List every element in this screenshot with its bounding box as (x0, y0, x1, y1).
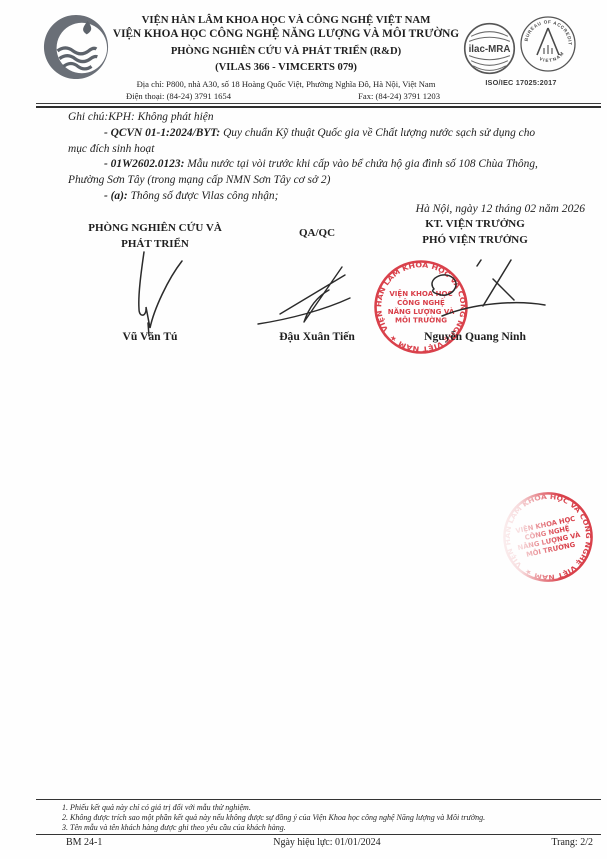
org-name-parent: VIỆN HÀN LÂM KHOA HỌC VÀ CÔNG NGHỆ VIỆT … (104, 14, 468, 27)
header-divider (36, 103, 601, 108)
org-contacts: Điện thoại: (84-24) 3791 1654 Fax: (84-2… (104, 90, 468, 102)
remark-term: - (a): (104, 190, 128, 202)
boa-vietnam-logo-icon: BUREAU OF ACCREDITATION VIETNAM (519, 15, 577, 73)
footer-meta-row: BM 24-1 Ngày hiệu lực: 01/01/2024 Trang:… (36, 837, 601, 848)
form-code: BM 24-1 (36, 837, 102, 848)
partial-red-stamp: VIỆN HÀN LÂM KHOA HỌC VÀ CÔNG NGHỆ VIỆT … (492, 481, 603, 592)
remarks-section: Ghi chú:KPH: Không phát hiện - QCVN 01-1… (68, 110, 550, 205)
signer-title: QA/QC (256, 226, 378, 242)
org-fax: Fax: (84-24) 3791 1203 (358, 91, 440, 102)
org-name: VIỆN KHOA HỌC CÔNG NGHỆ NĂNG LƯỢNG VÀ MÔ… (104, 27, 468, 41)
remark-intro: Ghi chú:KPH: Không phát hiện (68, 110, 550, 126)
remark-term: - QCVN 01-1:2024/BYT: (104, 127, 220, 139)
remark-term: - 01W2602.0123: (104, 158, 184, 170)
page-number: Trang: 2/2 (551, 837, 601, 848)
signer-title: PHÒNG NGHIÊN CỨU VÀ (55, 221, 255, 237)
remark-item: - QCVN 01-1:2024/BYT: Quy chuẩn Kỹ thuật… (68, 126, 550, 158)
signature-nguyen-quang-ninh (414, 253, 550, 331)
footer-note: 3. Tên mẫu và tên khách hàng được ghi th… (62, 823, 597, 833)
svg-text:BUREAU OF ACCREDITATION: BUREAU OF ACCREDITATION (519, 15, 573, 45)
org-address: Địa chỉ: P800, nhà A30, số 18 Hoàng Quốc… (104, 79, 468, 90)
letterhead: VIỆN HÀN LÂM KHOA HỌC VÀ CÔNG NGHỆ VIỆT … (104, 14, 468, 102)
footer-note: 1. Phiếu kết quả này chỉ có giá trị đối … (62, 803, 597, 813)
footer-note: 2. Không được trích sao một phần kết quả… (62, 813, 597, 823)
institute-logo-icon (42, 13, 110, 81)
signature-block-director: KT. VIỆN TRƯỞNG PHÓ VIỆN TRƯỞNG (383, 217, 567, 248)
effective-date: Ngày hiệu lực: 01/01/2024 (273, 837, 380, 848)
org-phone: Điện thoại: (84-24) 3791 1654 (126, 91, 231, 102)
signer-name: Nguyễn Quang Ninh (383, 330, 567, 343)
signature-dau-xuan-tien (252, 262, 374, 332)
boa-top-label: BUREAU OF ACCREDITATION (519, 15, 573, 45)
footer-notes: 1. Phiếu kết quả này chỉ có giá trị đối … (62, 803, 597, 833)
place-date-line: Hà Nội, ngày 12 tháng 02 năm 2026 (416, 202, 585, 215)
footer-divider-bottom (36, 834, 601, 835)
ilac-mra-logo-icon: ilac-MRA (463, 22, 516, 75)
ilac-mra-label: ilac-MRA (469, 44, 511, 55)
signature-vu-van-tu (110, 249, 198, 339)
department-name: PHÒNG NGHIÊN CỨU VÀ PHÁT TRIỂN (R&D) (104, 45, 468, 58)
iso-standard-label: ISO/IEC 17025:2017 (458, 78, 584, 87)
signer-title: KT. VIỆN TRƯỞNG (383, 217, 567, 233)
signature-block-qaqc: QA/QC (256, 226, 378, 242)
remark-intro-label: Ghi chú: (68, 111, 108, 123)
remark-desc: Thông số được Vilas công nhận; (128, 190, 279, 202)
remark-intro-value: KPH: Không phát hiện (108, 111, 213, 123)
accreditation-codes: (VILAS 366 - VIMCERTS 079) (104, 61, 468, 74)
signer-title: PHÓ VIỆN TRƯỞNG (383, 233, 567, 249)
document-page: VIỆN HÀN LÂM KHOA HỌC VÀ CÔNG NGHỆ VIỆT … (0, 0, 607, 859)
signature-block-rnd: PHÒNG NGHIÊN CỨU VÀ PHÁT TRIỂN (55, 221, 255, 252)
footer-divider-top (36, 799, 601, 800)
remark-item: - 01W2602.0123: Mẫu nước tại vòi trước k… (68, 157, 550, 189)
